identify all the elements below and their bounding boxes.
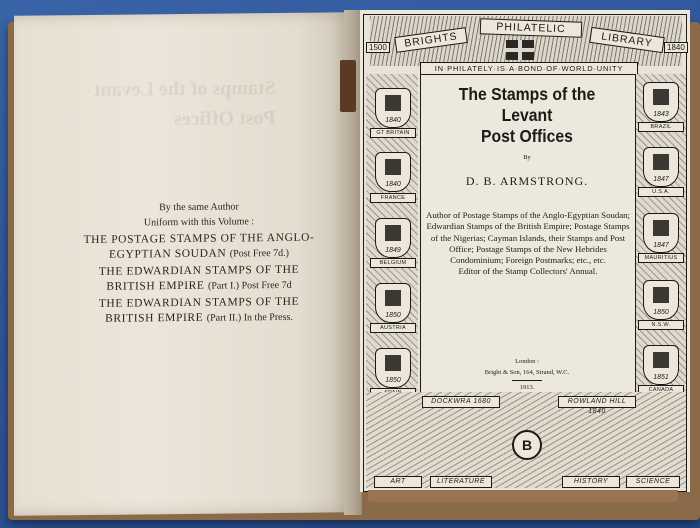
title-line: Post Offices (431, 126, 624, 147)
divider-rule (512, 380, 542, 381)
publisher-name: Bright & Son, 164, Strand, W.C. (420, 367, 634, 378)
intro-line: Uniform with this Volume : (54, 213, 344, 231)
country-label: AUSTRIA (370, 323, 416, 333)
publisher-city: London : (420, 356, 634, 367)
stamp-year: 1847 (644, 176, 678, 183)
stamp-shield: 1840 (375, 152, 411, 192)
show-through-line: Post Offices (94, 103, 276, 135)
editor-line: Editor of the Stamp Collectors' Annual. (424, 266, 632, 277)
country-label: N.S.W. (638, 320, 684, 330)
stamp-shield: 1847 (643, 213, 679, 253)
book-entry: THE EDWARDIAN STAMPS OF THE BRITISH EMPI… (54, 262, 344, 295)
title-line: Levant (431, 105, 624, 126)
stamp-shield: 1840 (375, 88, 411, 128)
stamp-icon (653, 287, 669, 303)
left-page: Stamps of the Levant Post Offices By the… (14, 12, 350, 516)
by-label: By (420, 154, 634, 161)
country-label: U.S.A. (638, 187, 684, 197)
author-credentials: Author of Postage Stamps of the Anglo-Eg… (424, 210, 632, 278)
book-title: The Stamps of the Levant Post Offices (431, 84, 624, 147)
stamp-icon (653, 220, 669, 236)
country-label: FRANCE (370, 193, 416, 203)
plaque-art: ART (374, 476, 422, 488)
stamp-year: 1850 (644, 309, 678, 316)
stamp-year: 1851 (644, 374, 678, 381)
book-title-line: THE POSTAGE STAMPS OF THE ANGLO- (54, 230, 344, 248)
plaque-rowland-hill: ROWLAND HILL 1840 (558, 396, 636, 408)
plaque-history: HISTORY (562, 476, 620, 488)
stamp-year: 1843 (644, 111, 678, 118)
title-line: The Stamps of the (431, 84, 624, 105)
stamp-shield: 1850 (643, 280, 679, 320)
stamp-year: 1850 (376, 312, 410, 319)
country-label: BRAZIL (638, 122, 684, 132)
page-bottom-edge (368, 490, 678, 502)
author-name: D. B. ARMSTRONG. (420, 174, 634, 189)
show-through-line: Stamps of the Levant (94, 73, 276, 105)
union-jack-icon (506, 40, 534, 60)
stamp-shield: 1847 (643, 147, 679, 187)
stamp-icon (385, 95, 401, 111)
book-note: (Part II.) In the Press. (207, 312, 293, 324)
plaque-science: SCIENCE (626, 476, 680, 488)
stamp-year: 1849 (376, 247, 410, 254)
posthorn-monogram-icon: B (512, 430, 542, 460)
stamp-icon (653, 89, 669, 105)
stamp-icon (653, 154, 669, 170)
banner-year-right: 1840 (664, 42, 688, 53)
plaque-dockwra: DOCKWRA 1680 (422, 396, 500, 408)
publication-year: 1913. (420, 384, 634, 391)
stamp-year: 1840 (376, 117, 410, 124)
stamp-icon (385, 355, 401, 371)
publisher-info: London : Bright & Son, 164, Strand, W.C. (420, 356, 634, 378)
book-entry: THE EDWARDIAN STAMPS OF THE BRITISH EMPI… (54, 294, 344, 327)
book-title-line: BRITISH EMPIRE (105, 312, 203, 325)
stamp-year: 1850 (376, 377, 410, 384)
show-through-text: Stamps of the Levant Post Offices (94, 73, 276, 135)
book-entry: THE POSTAGE STAMPS OF THE ANGLO- EGYPTIA… (54, 230, 344, 263)
country-label: GT BRITAIN (370, 128, 416, 138)
stamp-year: 1847 (644, 242, 678, 249)
stamp-icon (653, 352, 669, 368)
stamp-icon (385, 159, 401, 175)
stamp-shield: 1850 (375, 348, 411, 388)
stamp-shield: 1849 (375, 218, 411, 258)
country-label: MAURITIUS (638, 253, 684, 263)
country-label: BELGIUM (370, 258, 416, 268)
plaque-literature: LITERATURE (430, 476, 492, 488)
by-same-author-block: By the same Author Uniform with this Vol… (54, 198, 344, 327)
book-title-line: BRITISH EMPIRE (106, 280, 204, 293)
stamp-shield: 1851 (643, 345, 679, 385)
stamp-year: 1840 (376, 181, 410, 188)
stamp-icon (385, 290, 401, 306)
credentials-text: Author of Postage Stamps of the Anglo-Eg… (426, 210, 630, 265)
banner-year-left: 1500 (366, 42, 390, 53)
binding-tape (340, 60, 356, 112)
stamp-shield: 1843 (643, 82, 679, 122)
book-note: (Post Free 7d.) (230, 248, 289, 260)
stamp-icon (385, 225, 401, 241)
stamp-shield: 1850 (375, 283, 411, 323)
book-note: (Part I.) Post Free 7d (208, 280, 292, 292)
book-title-line: EGYPTIAN SOUDAN (109, 248, 226, 261)
